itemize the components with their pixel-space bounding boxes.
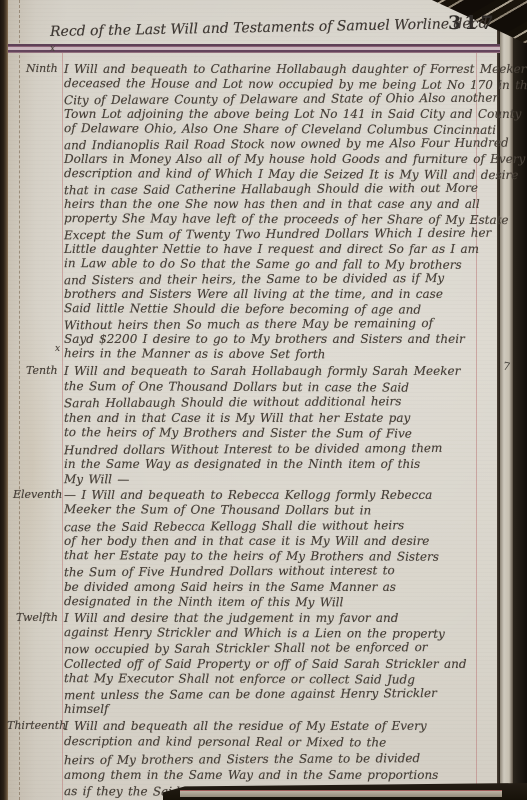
manuscript-line: now occupied by Sarah Strickler Shall no…	[64, 640, 480, 658]
manuscript-line: be divided among Said heirs in the Same …	[64, 580, 480, 595]
manuscript-line: Except the Sum of Twenty Two Hundred Dol…	[64, 226, 480, 244]
manuscript-line: Without heirs then So much as there May …	[64, 316, 480, 334]
section-ninth-text: I Will and bequeath to Catharine Hollaba…	[64, 62, 480, 362]
margin-label-eleventh: Eleventh	[13, 488, 62, 501]
manuscript-line: heirs of My brothers and Sisters the Sam…	[64, 750, 480, 769]
manuscript-line: — I Will and bequeath to Rebecca Kellogg…	[64, 488, 480, 503]
manuscript-line: Dollars in Money Also all of My house ho…	[64, 152, 480, 167]
manuscript-line: the Sum of Five Hundred Dollars without …	[64, 563, 480, 581]
margin-label-tenth: Tenth	[26, 364, 58, 377]
manuscript-line: case the Said Rebecca Kellogg Shall die …	[64, 517, 480, 535]
book-binding-edge	[0, 0, 8, 800]
manuscript-line: Town Lot adjoining the above being Lot N…	[64, 107, 480, 122]
manuscript-line: Little daughter Nettie to have I request…	[64, 242, 480, 257]
ink-cross-mark-tenth: x	[55, 344, 60, 354]
manuscript-line: I Will and bequeath to Catharine Hollaba…	[64, 62, 480, 77]
header-double-rule	[8, 44, 500, 53]
manuscript-line: to the heirs of My Brothers and Sister t…	[64, 425, 480, 442]
manuscript-line: among them in the Same Way and in the Sa…	[64, 767, 480, 783]
manuscript-line: that in case Said Catherine Hallabaugh S…	[64, 181, 480, 199]
manuscript-line: I Will and bequeath to Sarah Hollabaugh …	[64, 364, 480, 380]
manuscript-line: ment unless the Same can be done against…	[64, 686, 480, 704]
manuscript-line: heirs in the Manner as is above Set fort…	[64, 346, 480, 363]
margin-label-ninth: Ninth	[26, 62, 58, 75]
manuscript-line: and Indianoplis Rail Road Stock now owne…	[64, 136, 480, 154]
manuscript-line: brothers and Sisters Were all living at …	[64, 287, 480, 302]
manuscript-line: description and kind personal Real or Mi…	[64, 733, 480, 751]
paper-stain	[10, 300, 56, 630]
left-margin-rule	[62, 53, 63, 800]
section-tenth-text: I Will and bequeath to Sarah Hollabaugh …	[64, 364, 480, 488]
manuscript-line: Hundred dollars Without Interest to be d…	[64, 440, 480, 458]
margin-label-twelfth: Twelfth	[16, 611, 58, 624]
margin-label-thirteenth: Thirteenth	[7, 719, 66, 732]
manuscript-line: in the Same Way as designated in the Nin…	[64, 457, 480, 473]
manuscript-line: My Will —	[64, 472, 480, 489]
ink-cross-mark-top: x	[50, 44, 55, 54]
bottom-page-edge-strip	[180, 790, 502, 797]
manuscript-line: City of Delaware County of Delaware and …	[64, 91, 480, 109]
manuscript-line: I Will and desire that the judgement in …	[64, 611, 480, 626]
manuscript-line: Collected off of Said Property or off of…	[64, 657, 480, 672]
manuscript-line: then and in that Case it is My Will that…	[64, 411, 480, 427]
manuscript-line: Meeker the Sum of One Thousand Dollars b…	[64, 502, 480, 519]
manuscript-line: I Will and bequeath all the residue of M…	[64, 718, 480, 734]
manuscript-line: Sayd $2200 I desire to go to My brothers…	[64, 332, 480, 347]
section-eleventh-text: — I Will and bequeath to Rebecca Kellogg…	[64, 488, 480, 610]
manuscript-line: Sarah Hollabaugh Should die without addi…	[64, 394, 480, 412]
section-twelfth-text: I Will and desire that the judgement in …	[64, 611, 480, 717]
binding-stitch-line	[19, 0, 20, 800]
manuscript-line: and Sisters and their heirs, the Same to…	[64, 271, 480, 289]
manuscript-line: of her body then and in that case it is …	[64, 534, 480, 549]
manuscript-line: himself	[64, 702, 480, 717]
manuscript-line: heirs than the one She now has then and …	[64, 197, 480, 212]
manuscript-line: designated in the Ninth item of this My …	[64, 594, 480, 611]
